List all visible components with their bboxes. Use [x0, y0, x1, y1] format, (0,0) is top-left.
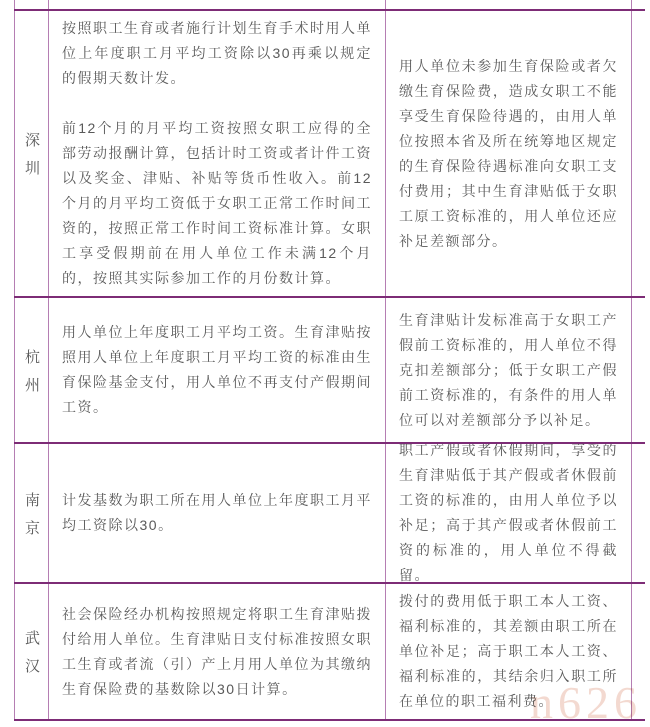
- partial-city-cell: [14, 0, 48, 9]
- policy-cell: 按照职工生育或者施行计划生育手术时用人单位上年度职工月平均工资除以30再乘以规定…: [48, 11, 385, 296]
- table-row-hangzhou: 杭州 用人单位上年度职工月平均工资。生育津贴按照用人单位上年度职工月平均工资的标…: [14, 298, 645, 444]
- partial-policy-cell: [48, 0, 385, 9]
- supplement-paragraph: 用人单位未参加生育保险或者欠缴生育保险费，造成女职工不能享受生育保险待遇的，由用…: [399, 54, 618, 254]
- city-cell: 武汉: [14, 584, 48, 719]
- city-label-wuhan: 武汉: [21, 630, 42, 686]
- page: 深圳 按照职工生育或者施行计划生育手术时用人单位上年度职工月平均工资除以30再乘…: [0, 0, 650, 727]
- city-cell: 南京: [14, 444, 48, 582]
- maternity-allowance-table: 深圳 按照职工生育或者施行计划生育手术时用人单位上年度职工月平均工资除以30再乘…: [14, 0, 645, 721]
- partial-supplement-cell: [385, 0, 632, 9]
- policy-cell: 计发基数为职工所在用人单位上年度职工月平均工资除以30。: [48, 444, 385, 582]
- policy-paragraph: 前12个月的月平均工资按照女职工应得的全部劳动报酬计算，包括计时工资或者计件工资…: [62, 116, 372, 291]
- supplement-cell: 生育津贴计发标准高于女职工产假前工资标准的，用人单位不得克扣差额部分；低于女职工…: [385, 298, 632, 442]
- supplement-cell: 用人单位未参加生育保险或者欠缴生育保险费，造成女职工不能享受生育保险待遇的，由用…: [385, 11, 632, 296]
- city-cell: 深圳: [14, 11, 48, 296]
- supplement-paragraph: 拨付的费用低于职工本人工资、福利标准的，其差额由职工所在单位补足；高于职工本人工…: [399, 589, 618, 714]
- policy-paragraph: 用人单位上年度职工月平均工资。生育津贴按照用人单位上年度职工月平均工资的标准由生…: [62, 320, 372, 420]
- policy-cell: 用人单位上年度职工月平均工资。生育津贴按照用人单位上年度职工月平均工资的标准由生…: [48, 298, 385, 442]
- policy-paragraph: 社会保险经办机构按照规定将职工生育津贴拨付给用人单位。生育津贴日支付标准按照女职…: [62, 602, 372, 702]
- city-label-hangzhou: 杭州: [21, 349, 42, 405]
- table-row-partial: [14, 0, 645, 11]
- supplement-cell: 职工产假或者休假期间，享受的生育津贴低于其产假或者休假前工资的标准的，由用人单位…: [385, 444, 632, 582]
- supplement-paragraph: 职工产假或者休假期间，享受的生育津贴低于其产假或者休假前工资的标准的，由用人单位…: [399, 444, 618, 582]
- city-label-shenzhen: 深圳: [21, 132, 42, 188]
- supplement-paragraph: 生育津贴计发标准高于女职工产假前工资标准的，用人单位不得克扣差额部分；低于女职工…: [399, 308, 618, 433]
- table-row-wuhan: 武汉 社会保险经办机构按照规定将职工生育津贴拨付给用人单位。生育津贴日支付标准按…: [14, 584, 645, 721]
- policy-paragraph: 按照职工生育或者施行计划生育手术时用人单位上年度职工月平均工资除以30再乘以规定…: [62, 16, 372, 91]
- policy-paragraph: 计发基数为职工所在用人单位上年度职工月平均工资除以30。: [62, 488, 372, 538]
- table-row-nanjing: 南京 计发基数为职工所在用人单位上年度职工月平均工资除以30。 职工产假或者休假…: [14, 444, 645, 584]
- city-label-nanjing: 南京: [21, 492, 42, 548]
- table-row-shenzhen: 深圳 按照职工生育或者施行计划生育手术时用人单位上年度职工月平均工资除以30再乘…: [14, 11, 645, 298]
- supplement-cell: 拨付的费用低于职工本人工资、福利标准的，其差额由职工所在单位补足；高于职工本人工…: [385, 584, 632, 719]
- city-cell: 杭州: [14, 298, 48, 442]
- policy-cell: 社会保险经办机构按照规定将职工生育津贴拨付给用人单位。生育津贴日支付标准按照女职…: [48, 584, 385, 719]
